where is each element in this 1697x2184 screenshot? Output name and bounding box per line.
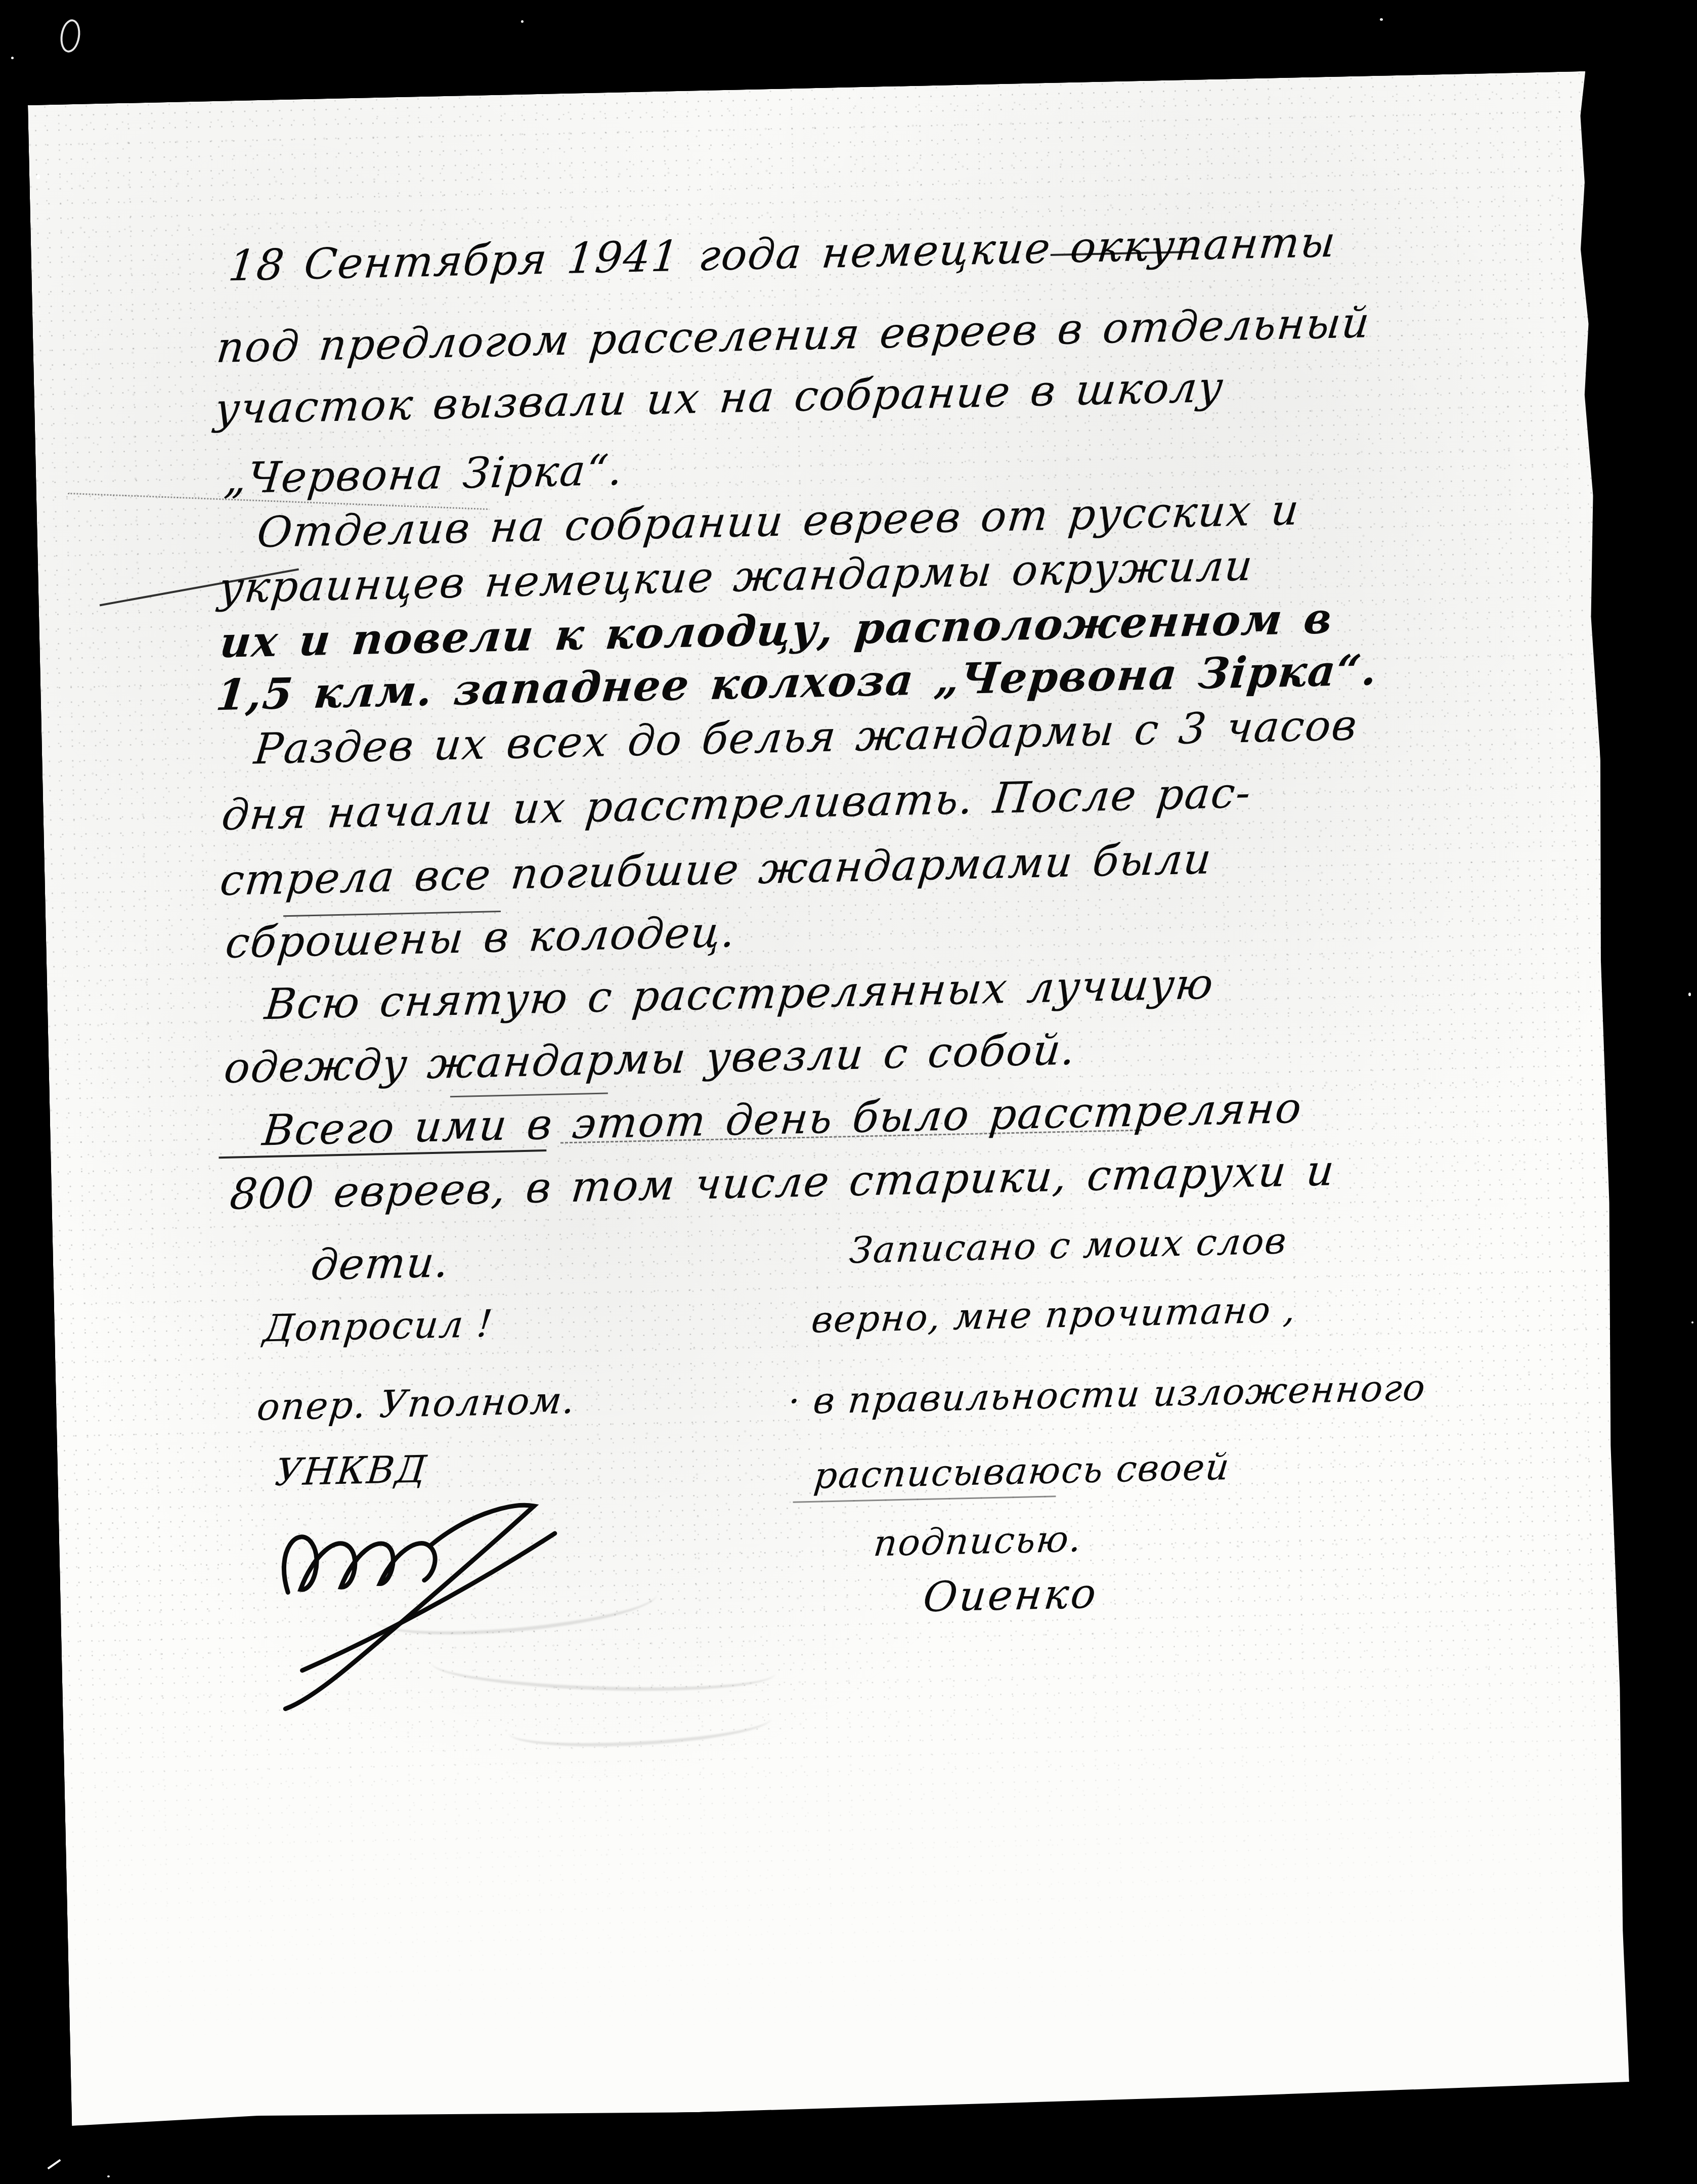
scan-background: 18 Сентября 1941 года немецкие оккупанты… xyxy=(0,0,1697,2184)
speck xyxy=(1688,993,1691,996)
manuscript-line: 18 Сентября 1941 года немецкие оккупанты xyxy=(227,221,1338,287)
speck xyxy=(521,20,524,23)
manuscript-line: Всего ими в этот день было расстреляно xyxy=(260,1086,1304,1151)
manuscript-line: дня начали их расстреливать. После рас- xyxy=(220,771,1254,836)
manuscript-line: сброшены в колодец. xyxy=(224,911,738,964)
manuscript-line: стрела все погибшие жандармами были xyxy=(218,837,1214,902)
underline-stroke xyxy=(793,1495,1056,1503)
closing-left-operative-title: опер. Уполном. xyxy=(255,1379,578,1429)
closing-right-correctness-line: · в правильности изложенного xyxy=(786,1366,1428,1423)
closing-left-interrogated-label: Допросил ! xyxy=(262,1302,495,1350)
closing-right-verno-line: верно, мне прочитано , xyxy=(810,1288,1299,1341)
speck xyxy=(1380,18,1383,21)
speck xyxy=(48,2159,61,2169)
manuscript-line: дети. xyxy=(309,1240,452,1286)
underline-stroke xyxy=(450,1092,608,1097)
manuscript-line: „Червона Зірка“. xyxy=(223,448,626,499)
closing-right-sign-line: расписываюсь своей xyxy=(812,1445,1232,1497)
manuscript-line: под предлогом расселения евреев в отдель… xyxy=(214,301,1372,369)
manuscript-line: одежду жандармы увезли с собой. xyxy=(223,1028,1078,1089)
speck xyxy=(11,57,14,59)
speck xyxy=(107,2175,110,2177)
interrogator-signature-flourish xyxy=(249,1434,610,1725)
speck xyxy=(36,175,40,179)
speck xyxy=(58,18,82,54)
closing-right-recorded-line: Записано с моих слов xyxy=(848,1219,1289,1271)
witness-signature-name: Оиенко xyxy=(921,1569,1100,1621)
manuscript-line: Всю снятую с расстрелянных лучшую xyxy=(263,962,1216,1025)
speck xyxy=(1691,1321,1693,1323)
manuscript-line: 800 евреев, в том числе старики, старухи… xyxy=(228,1149,1337,1216)
closing-right-podpis-line: подписью. xyxy=(872,1517,1084,1564)
manuscript-line: участок вызвали их на собрание в школу xyxy=(213,365,1226,430)
document-page: 18 Сентября 1941 года немецкие оккупанты… xyxy=(28,71,1629,2126)
